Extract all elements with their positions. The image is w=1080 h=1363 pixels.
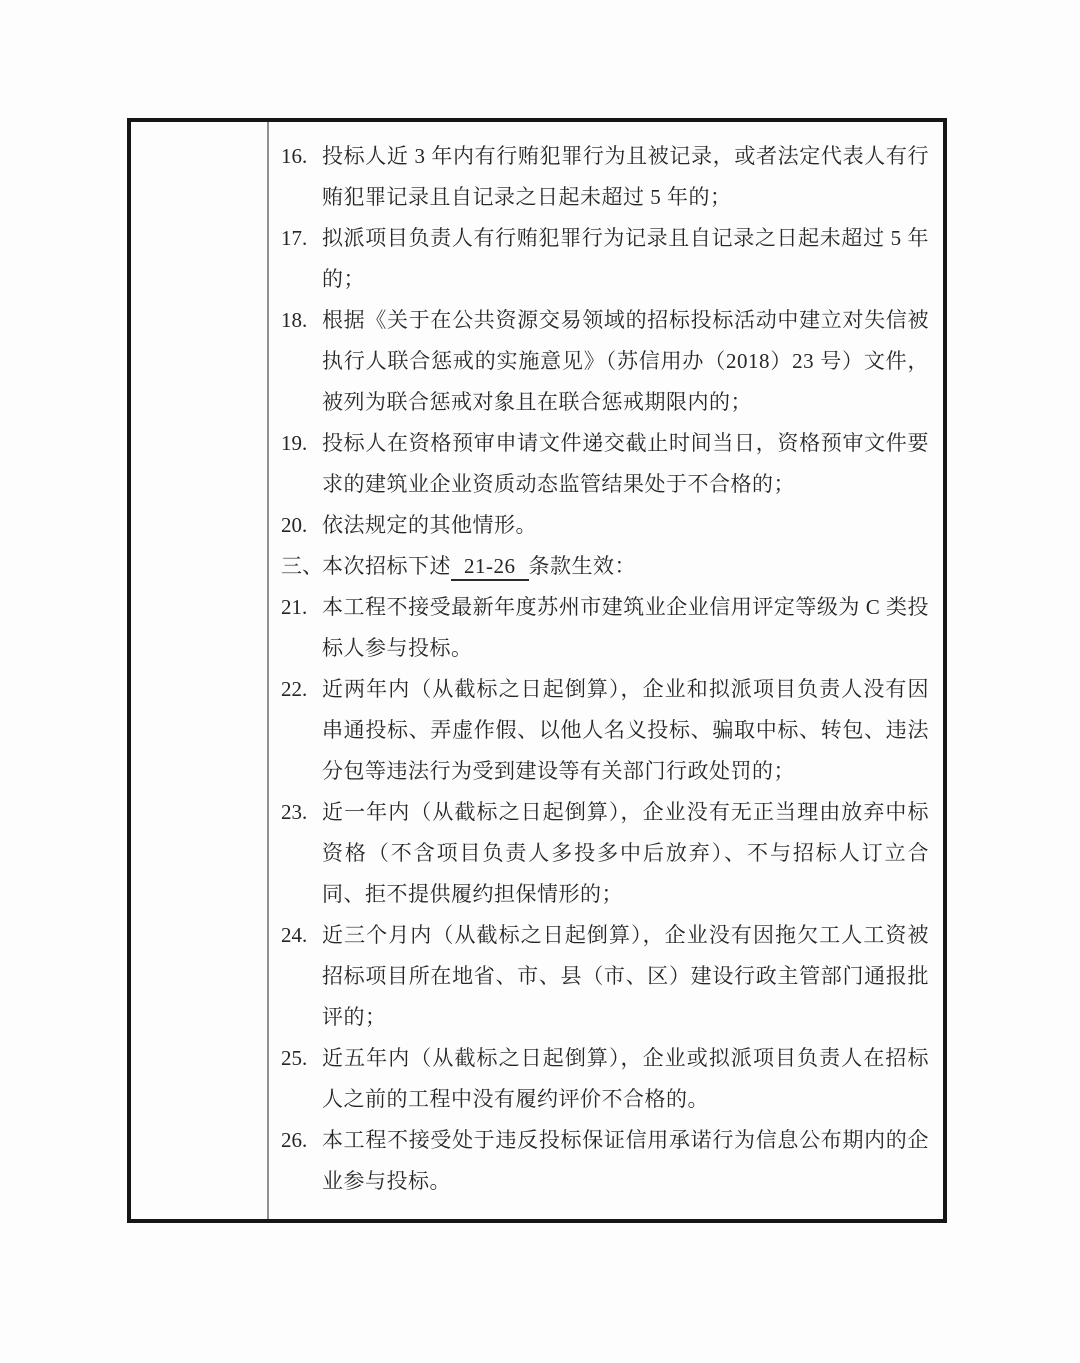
section-text-before: 本次招标下述 — [322, 554, 451, 578]
item-number: 19. — [281, 423, 307, 464]
item-number: 17. — [281, 218, 307, 259]
list-item: 26. 本工程不接受处于违反投标保证信用承诺行为信息公布期内的企业参与投标。 — [269, 1120, 929, 1202]
list-item: 22. 近两年内（从截标之日起倒算），企业和拟派项目负责人没有因串通投标、弄虚作… — [269, 669, 929, 792]
item-number: 25. — [281, 1038, 307, 1079]
item-text: 根据《关于在公共资源交易领域的招标投标活动中建立对失信被执行人联合惩戒的实施意见… — [322, 308, 929, 414]
section-text-after: 条款生效： — [529, 554, 637, 578]
clauses-table: 16. 投标人近 3 年内有行贿犯罪行为且被记录，或者法定代表人有行贿犯罪记录且… — [127, 118, 947, 1223]
section-heading: 三、 本次招标下述21-26条款生效： — [269, 546, 929, 587]
item-text: 近三个月内（从截标之日起倒算），企业没有因拖欠工人工资被招标项目所在地省、市、县… — [322, 923, 929, 1029]
list-item: 24. 近三个月内（从截标之日起倒算），企业没有因拖欠工人工资被招标项目所在地省… — [269, 915, 929, 1038]
list-item: 20. 依法规定的其他情形。 — [269, 505, 929, 546]
item-number: 16. — [281, 136, 307, 177]
underlined-range: 21-26 — [451, 554, 529, 581]
item-text: 拟派项目负责人有行贿犯罪行为记录且自记录之日起未超过 5 年的； — [322, 226, 929, 291]
item-text: 近一年内（从截标之日起倒算），企业没有无正当理由放弃中标资格（不含项目负责人多投… — [322, 800, 929, 906]
item-number: 26. — [281, 1120, 307, 1161]
item-text: 投标人在资格预审申请文件递交截止时间当日，资格预审文件要求的建筑业企业资质动态监… — [322, 431, 929, 496]
item-text: 投标人近 3 年内有行贿犯罪行为且被记录，或者法定代表人有行贿犯罪记录且自记录之… — [322, 144, 929, 209]
item-text: 依法规定的其他情形。 — [322, 513, 537, 537]
list-item: 16. 投标人近 3 年内有行贿犯罪行为且被记录，或者法定代表人有行贿犯罪记录且… — [269, 136, 929, 218]
section-text: 本次招标下述21-26条款生效： — [322, 554, 636, 578]
item-number: 18. — [281, 300, 307, 341]
list-item: 19. 投标人在资格预审申请文件递交截止时间当日，资格预审文件要求的建筑业企业资… — [269, 423, 929, 505]
document-page: 16. 投标人近 3 年内有行贿犯罪行为且被记录，或者法定代表人有行贿犯罪记录且… — [0, 0, 1080, 1363]
item-number: 20. — [281, 505, 307, 546]
section-number: 三、 — [281, 546, 323, 587]
item-text: 近五年内（从截标之日起倒算），企业或拟派项目负责人在招标人之前的工程中没有履约评… — [322, 1046, 929, 1111]
item-text: 近两年内（从截标之日起倒算），企业和拟派项目负责人没有因串通投标、弄虚作假、以他… — [322, 677, 929, 783]
item-number: 24. — [281, 915, 307, 956]
list-item: 18. 根据《关于在公共资源交易领域的招标投标活动中建立对失信被执行人联合惩戒的… — [269, 300, 929, 423]
table-left-cell — [131, 122, 269, 1219]
list-item: 25. 近五年内（从截标之日起倒算），企业或拟派项目负责人在招标人之前的工程中没… — [269, 1038, 929, 1120]
item-number: 23. — [281, 792, 307, 833]
item-number: 21. — [281, 587, 307, 628]
item-text: 本工程不接受处于违反投标保证信用承诺行为信息公布期内的企业参与投标。 — [322, 1128, 929, 1193]
list-item: 23. 近一年内（从截标之日起倒算），企业没有无正当理由放弃中标资格（不含项目负… — [269, 792, 929, 915]
table-content-cell: 16. 投标人近 3 年内有行贿犯罪行为且被记录，或者法定代表人有行贿犯罪记录且… — [269, 122, 943, 1219]
item-number: 22. — [281, 669, 307, 710]
item-text: 本工程不接受最新年度苏州市建筑业企业信用评定等级为 C 类投标人参与投标。 — [322, 595, 929, 660]
list-item: 17. 拟派项目负责人有行贿犯罪行为记录且自记录之日起未超过 5 年的； — [269, 218, 929, 300]
list-item: 21. 本工程不接受最新年度苏州市建筑业企业信用评定等级为 C 类投标人参与投标… — [269, 587, 929, 669]
